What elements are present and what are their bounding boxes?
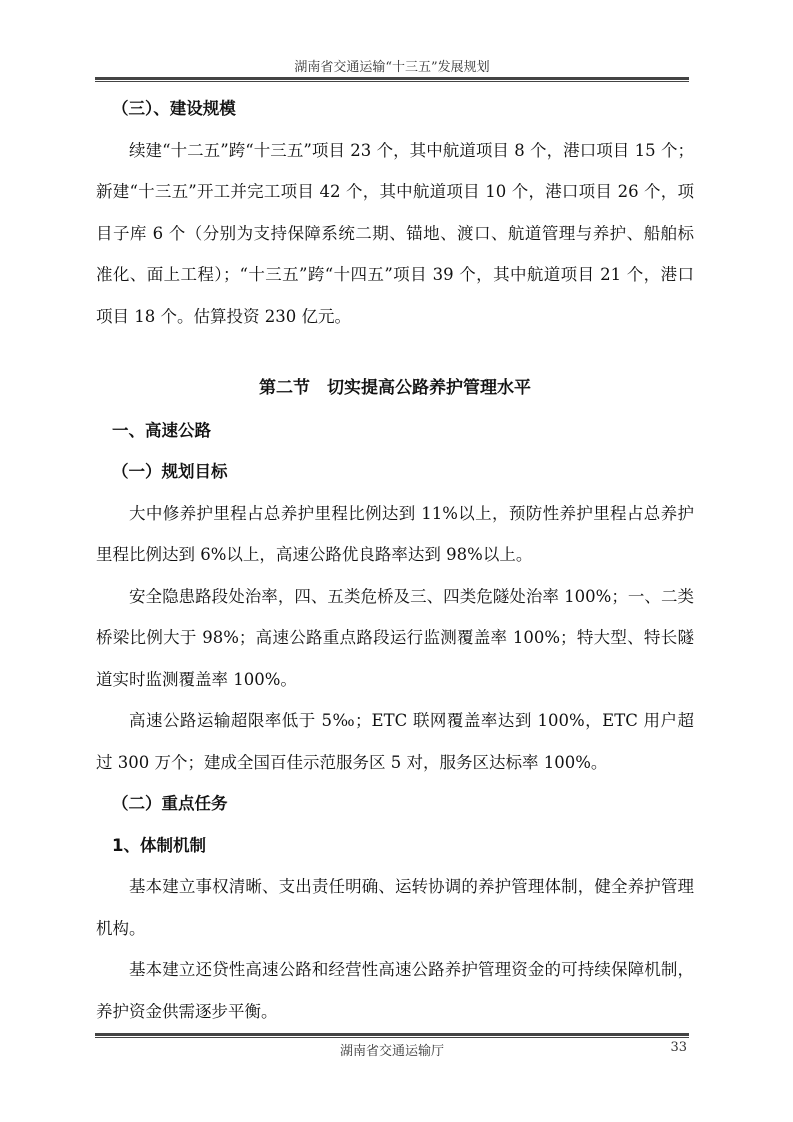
page-body: （三）、建设规模 续建“十二五”跨“十三五”项目 23 个，其中航道项目 8 个… — [96, 88, 694, 1032]
header-rule — [95, 77, 689, 82]
running-header: 湖南省交通运输“十三五”发展规划 — [95, 56, 689, 75]
paragraph-goal-1: 大中修养护里程占总养护里程比例达到 11%以上，预防性养护里程占总养护里程比例达… — [96, 493, 694, 576]
paragraph-construction-scale: 续建“十二五”跨“十三五”项目 23 个，其中航道项目 8 个，港口项目 15 … — [96, 130, 694, 338]
heading-system-mechanism: 1、体制机制 — [96, 825, 694, 867]
page-number: 33 — [670, 1040, 687, 1055]
section-title: 第二节 切实提高公路养护管理水平 — [96, 368, 694, 410]
footer-rule — [95, 1033, 689, 1038]
heading-key-tasks: （二）重点任务 — [96, 783, 694, 825]
heading-expressway: 一、高速公路 — [96, 410, 694, 452]
paragraph-goal-3: 高速公路运输超限率低于 5‰；ETC 联网覆盖率达到 100%，ETC 用户超过… — [96, 700, 694, 783]
paragraph-task-2: 基本建立还贷性高速公路和经营性高速公路养护管理资金的可持续保障机制，养护资金供需… — [96, 949, 694, 1032]
page-footer: 湖南省交通运输厅 33 — [95, 1040, 689, 1059]
section-gap — [96, 337, 694, 368]
footer-organization: 湖南省交通运输厅 — [95, 1040, 689, 1059]
paragraph-goal-2: 安全隐患路段处治率，四、五类危桥及三、四类危隧处治率 100%；一、二类桥梁比例… — [96, 576, 694, 701]
heading-construction-scale: （三）、建设规模 — [96, 88, 694, 130]
heading-planning-goals: （一）规划目标 — [96, 451, 694, 493]
paragraph-task-1: 基本建立事权清晰、支出责任明确、运转协调的养护管理体制，健全养护管理机构。 — [96, 866, 694, 949]
